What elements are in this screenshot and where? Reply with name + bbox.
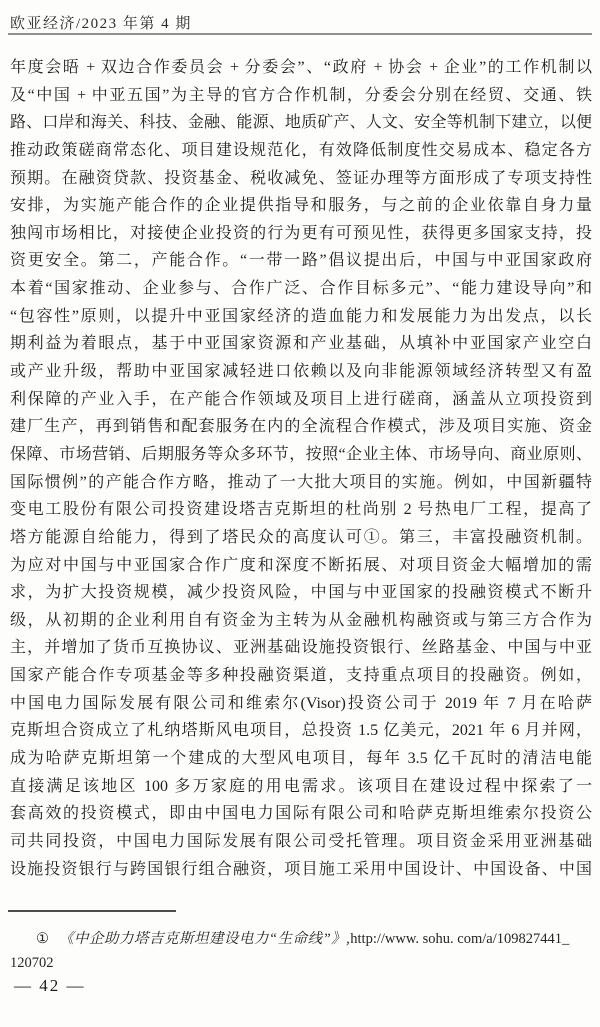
footnote: ①《中企助力塔吉克斯坦建设电力“生命线”》,http://www. sohu. … bbox=[10, 927, 592, 975]
header-rule bbox=[8, 33, 592, 35]
body-text-line: 本着“国家推动、企业参与、合作广泛、合作目标多元”、“能力建设导向”和 bbox=[10, 275, 592, 303]
body-text-line: 国际惯例”的产能合作方略，推动了一大批大项目的实施。例如，中国新疆特 bbox=[10, 469, 592, 497]
footnote-marker: ① bbox=[36, 931, 49, 947]
footnote-line-1: ①《中企助力塔吉克斯坦建设电力“生命线”》,http://www. sohu. … bbox=[10, 927, 592, 951]
body-text-line: 独闯市场相比，对接使企业投资的行为更有可预见性，获得更多国家支持，投 bbox=[10, 220, 592, 248]
body-text-line: 主，并增加了货币互换协议、亚洲基础设施投资银行、丝路基金、中国与中亚 bbox=[10, 634, 592, 662]
body-text-line: 塔方能源自给能力，得到了塔民众的高度认可①。第三，丰富投融资机制。 bbox=[10, 524, 592, 552]
footnote-url-continuation: 120702 bbox=[10, 951, 592, 975]
article-body: 年度会晤 + 双边合作委员会 + 分委会”、“政府 + 协会 + 企业”的工作机… bbox=[10, 54, 592, 883]
journal-page: 欧亚经济/2023 年第 4 期 年度会晤 + 双边合作委员会 + 分委会”、“… bbox=[0, 0, 600, 1027]
body-text-line: 中国电力国际发展有限公司和维索尔(Visor)投资公司于 2019 年 7 月在… bbox=[10, 690, 592, 718]
body-text-line: 成为哈萨克斯坦第一个建成的大型风电项目，每年 3.5 亿千瓦时的清洁电能 bbox=[10, 745, 592, 773]
body-text-line: 期利益为着眼点，基于中亚国家资源和产业基础，从填补中亚国家产业空白 bbox=[10, 330, 592, 358]
footnote-url: http://www. sohu. com/a/109827441_ bbox=[350, 931, 569, 947]
body-text-line: 建厂生产，再到销售和配套服务在内的全流程合作模式，涉及项目实施、资金 bbox=[10, 413, 592, 441]
page-number: — 42 — bbox=[14, 976, 86, 996]
body-text-line: 推动政策磋商常态化、项目建设规范化，有效降低制度性交易成本、稳定各方 bbox=[10, 137, 592, 165]
body-text-line: 求，为扩大投资规模，减少投资风险，中国与中亚国家的投融资模式不断升 bbox=[10, 579, 592, 607]
body-text-line: “包容性”原则，以提升中亚国家经济的造血能力和发展能力为出发点，以长 bbox=[10, 303, 592, 331]
footnote-source-title: 《中企助力塔吉克斯坦建设电力“生命线”》, bbox=[59, 931, 350, 947]
body-text-line: 国家产能合作专项基金等多种投融资渠道，支持重点项目的投融资。例如， bbox=[10, 662, 592, 690]
body-text-line: 为应对中国与中亚国家合作广度和深度不断拓展、对项目资金大幅增加的需 bbox=[10, 552, 592, 580]
body-text-line: 或产业升级，帮助中亚国家减轻进口依赖以及向非能源领域经济转型又有盈 bbox=[10, 358, 592, 386]
body-text-line: 路、口岸和海关、科技、金融、能源、地质矿产、人文、安全等机制下建立，以便 bbox=[10, 109, 592, 137]
body-text-line: 及“中国 + 中亚五国”为主导的官方合作机制，分委会分别在经贸、交通、铁 bbox=[10, 82, 592, 110]
body-text-line: 套高效的投资模式，即由中国电力国际有限公司和哈萨克斯坦维索尔投资公 bbox=[10, 800, 592, 828]
body-text-line: 变电工股份有限公司投资建设塔吉克斯坦的杜尚别 2 号热电厂工程，提高了 bbox=[10, 496, 592, 524]
footnote-separator bbox=[8, 910, 176, 912]
body-text-line: 级，从初期的企业利用自有资金为主转为从金融机构融资或与第三方合作为 bbox=[10, 607, 592, 635]
body-text-line: 直接满足该地区 100 多万家庭的用电需求。该项目在建设过程中探索了一 bbox=[10, 773, 592, 801]
body-text-line: 设施投资银行与跨国银行组合融资，项目施工采用中国设计、中国设备、中国 bbox=[10, 856, 592, 884]
body-text-line: 安排，为实施产能合作的企业提供指导和服务，与之前的企业依靠自身力量 bbox=[10, 192, 592, 220]
body-text-line: 预期。在融资贷款、投资基金、税收减免、签证办理等方面形成了专项支持性 bbox=[10, 165, 592, 193]
body-text-line: 年度会晤 + 双边合作委员会 + 分委会”、“政府 + 协会 + 企业”的工作机… bbox=[10, 54, 592, 82]
journal-header: 欧亚经济/2023 年第 4 期 bbox=[10, 12, 192, 33]
body-text-line: 司共同投资，中国电力国际发展有限公司受托管理。项目资金采用亚洲基础 bbox=[10, 828, 592, 856]
body-text-line: 资更安全。第二，产能合作。“一带一路”倡议提出后，中国与中亚国家政府 bbox=[10, 247, 592, 275]
body-text-line: 克斯坦合资成立了札纳塔斯风电项目，总投资 1.5 亿美元，2021 年 6 月并… bbox=[10, 717, 592, 745]
body-text-line: 利保障的产业入手，在产能合作领域及项目上进行磋商，涵盖从立项投资到 bbox=[10, 386, 592, 414]
body-text-line: 保障、市场营销、后期服务等众多环节，按照“企业主体、市场导向、商业原则、 bbox=[10, 441, 592, 469]
